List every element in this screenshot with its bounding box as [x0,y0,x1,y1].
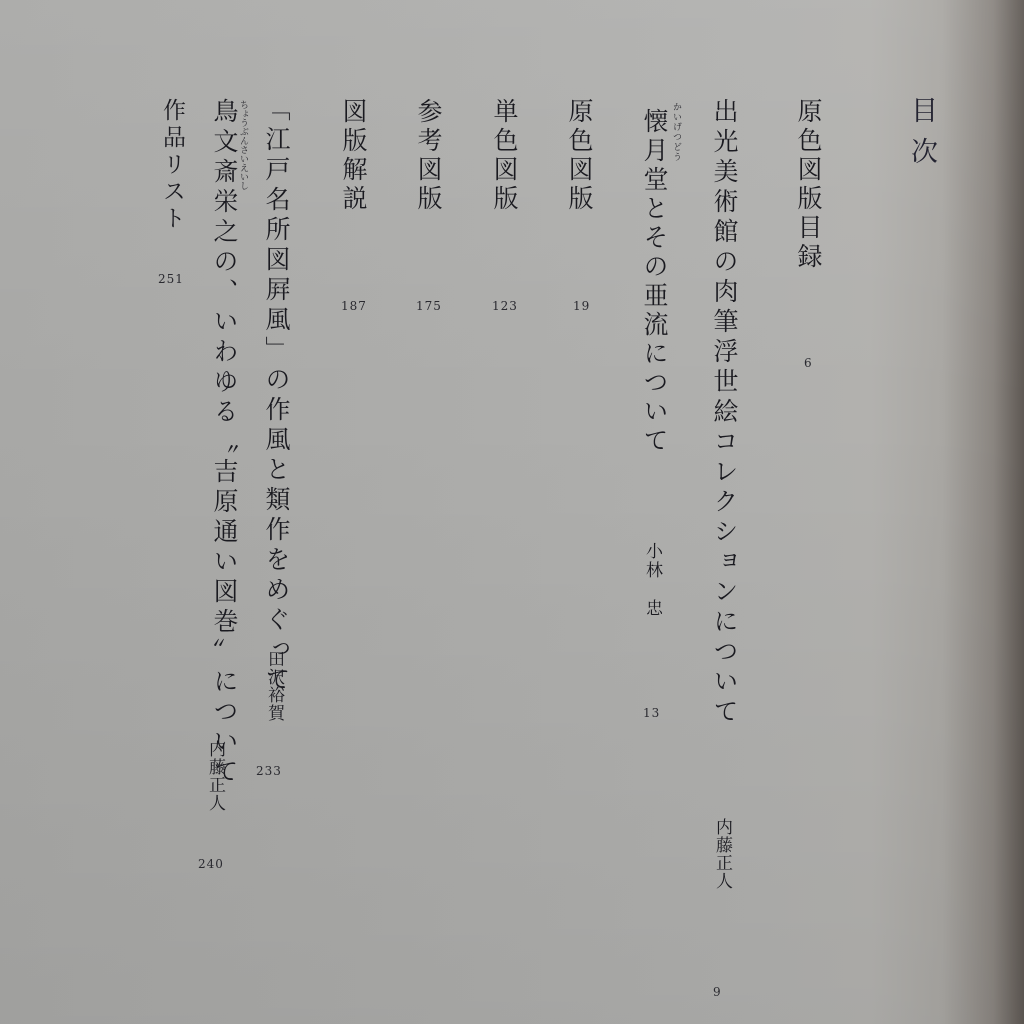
toc-page-number: 9 [713,985,722,999]
toc-entry-author: 小林 忠 [643,542,660,618]
toc-page-number: 123 [492,299,518,313]
toc-entry-title[interactable]: 懐月堂とその亜流について [642,108,667,456]
toc-entry-title[interactable]: 鳥文斎栄之の、いわゆる〝吉原通い図巻〟について [212,98,237,788]
toc-entry-title[interactable]: 図版解説 [341,98,366,214]
toc-entry-title[interactable]: 出光美術館の肉筆浮世絵コレクションについて [712,98,737,728]
toc-entry-title[interactable]: 「江戸名所図屛風」の作風と類作をめぐって [264,96,289,696]
page-title: 目次 [908,96,935,178]
toc-entry-title[interactable]: 作品リスト [160,98,183,233]
toc-page-number: 13 [643,706,660,720]
toc-entry-title[interactable]: 単色図版 [492,98,517,214]
toc-entry-ruby: ちょうぶんさいえいし [238,100,247,190]
toc-page-number: 240 [198,857,224,871]
toc-entry-title[interactable]: 原色図版 [567,98,592,214]
toc-entry-author: 田沢裕賀 [265,650,282,722]
toc-page-number: 175 [416,299,442,313]
toc-page-number: 187 [341,299,367,313]
toc-entry-title[interactable]: 参考図版 [416,98,441,214]
toc-page-number: 19 [573,299,590,313]
toc-page-number: 251 [158,272,184,286]
toc-page-number: 6 [804,356,813,370]
toc-entry-author: 内藤正人 [206,740,223,812]
toc-entry-ruby: かいげつどう [671,102,680,162]
toc-page-number: 233 [256,764,282,778]
toc-entry-title[interactable]: 原色図版目録 [796,98,821,272]
toc-entry-author: 内藤正人 [713,818,730,890]
